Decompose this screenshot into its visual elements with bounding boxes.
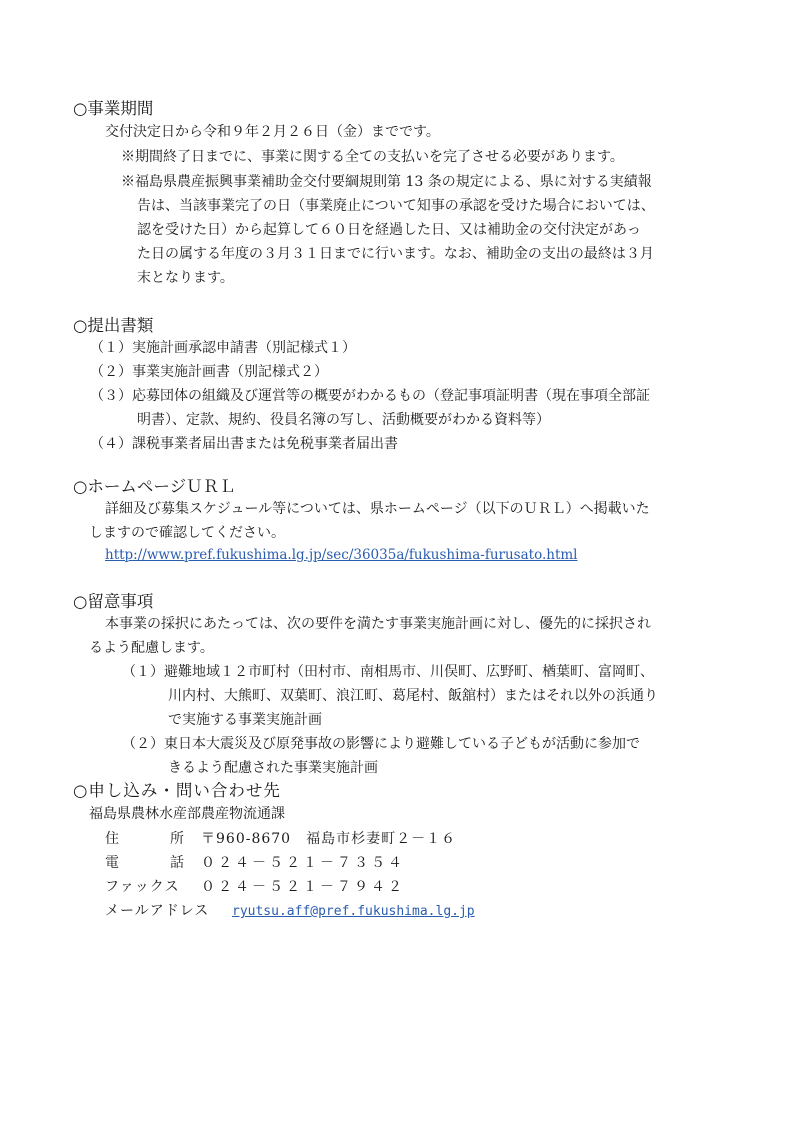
period-text: 交付決定日から令和９年２月２６日（金）までです。 bbox=[105, 124, 440, 140]
phone-label-1: 電 bbox=[105, 855, 119, 871]
section-heading-documents: ○提出書類 bbox=[73, 316, 153, 336]
period-note-1: ※期間終了日までに、事業に関する全ての支払いを完了させる必要があります。 bbox=[121, 149, 624, 165]
section-heading-period: ○事業期間 bbox=[73, 99, 153, 119]
document-item-1: （１）実施計画承認申請書（別記様式１） bbox=[90, 340, 356, 356]
phone-value: ０２４－５２１－７３５４ bbox=[201, 855, 405, 871]
section-heading-homepage: ○ホームページＵＲＬ bbox=[73, 477, 236, 497]
section-heading-contact: ○申し込み・問い合わせ先 bbox=[73, 781, 281, 801]
notes-item-2-cont: きるよう配慮された事業実施計画 bbox=[168, 760, 378, 776]
document-item-4: （４）課税事業者届出書または免税事業者届出書 bbox=[90, 436, 398, 452]
address-label-2: 所 bbox=[170, 831, 184, 847]
homepage-text-line: 詳細及び募集スケジュール等については、県ホームページ（以下のＵＲＬ）へ掲載いた bbox=[105, 501, 650, 517]
period-note-2-line: た日の属する年度の３月３１日までに行います。なお、補助金の支出の最終は３月 bbox=[137, 246, 654, 262]
document-item-2: （２）事業実施計画書（別記様式２） bbox=[90, 364, 328, 380]
email-link[interactable]: ryutsu.aff@pref.fukushima.lg.jp bbox=[232, 904, 475, 920]
document-item-3: （３）応募団体の組織及び運営等の概要がわかるもの（登記事項証明書（現在事項全部証 bbox=[90, 388, 650, 404]
address-value: 〒960-8670 福島市杉妻町２－１６ bbox=[201, 831, 456, 847]
fax-value: ０２４－５２１－７９４２ bbox=[201, 879, 405, 895]
period-note-2-line: 告は、当該事業完了の日（事業廃止について知事の承認を受けた場合においては、 bbox=[137, 198, 655, 214]
notes-item-1: （１）避難地域１２市町村（田村市、南相馬市、川俣町、広野町、楢葉町、富岡町、 bbox=[122, 664, 654, 680]
notes-item-1-cont: で実施する事業実施計画 bbox=[168, 712, 322, 728]
notes-item-2: （２）東日本大震災及び原発事故の影響により避難している子どもが活動に参加で bbox=[122, 736, 640, 752]
contact-department: 福島県農林水産部農産物流通課 bbox=[89, 806, 285, 822]
period-note-2-line: 認を受けた日）から起算して６０日を経過した日、又は補助金の交付決定があっ bbox=[137, 222, 641, 238]
fax-label: ファックス bbox=[105, 879, 180, 895]
homepage-url-link[interactable]: http://www.pref.fukushima.lg.jp/sec/3603… bbox=[105, 547, 578, 563]
notes-item-1-cont: 川内村、大熊町、双葉町、浪江町、葛尾村、飯舘村）またはそれ以外の浜通り bbox=[168, 688, 658, 704]
period-note-2-line: ※福島県農産振興事業補助金交付要綱規則第 13 条の規定による、県に対する実績報 bbox=[121, 174, 652, 190]
notes-text-line: るよう配慮します。 bbox=[89, 640, 214, 656]
period-note-2-line: 末となります。 bbox=[137, 270, 234, 286]
email-label: メールアドレス bbox=[105, 903, 209, 919]
phone-label-2: 話 bbox=[170, 855, 184, 871]
section-heading-notes: ○留意事項 bbox=[73, 592, 153, 612]
notes-text-line: 本事業の採択にあたっては、次の要件を満たす事業実施計画に対し、優先的に採択され bbox=[105, 616, 651, 632]
address-label-1: 住 bbox=[105, 831, 119, 847]
homepage-text-line: しますので確認してください。 bbox=[89, 525, 285, 541]
document-item-3-cont: 明書）、定款、規約、役員名簿の写し、活動概要がわかる資料等） bbox=[137, 412, 550, 428]
